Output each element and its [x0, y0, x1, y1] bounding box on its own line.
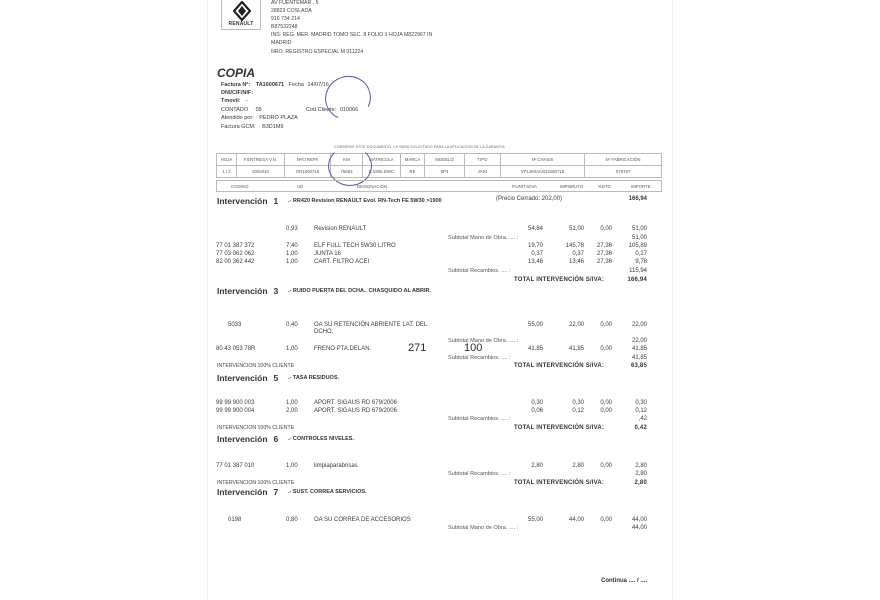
line-items-header: CODIGO UD DESIGNACIÓN P.UNIT.S/IVA IMP.B… — [216, 180, 662, 192]
item-dto: 0,00 — [582, 517, 612, 523]
total-value: 2,80 — [617, 480, 647, 486]
factura-number: TA1600671 — [256, 82, 284, 88]
item-designacion: JUNTA 16 — [314, 251, 341, 257]
item-importe: 105,89 — [617, 243, 647, 249]
fixed-price-note: (Precio Cerrado: 202,00) — [496, 196, 562, 202]
factura-label: Factura Nº: — [221, 82, 250, 88]
item-p-unit: 0,30 — [513, 400, 543, 406]
intervention-label: Intervención — [217, 373, 268, 383]
item-ud: 1,00 — [286, 346, 298, 352]
item-dto: 0,00 — [582, 400, 612, 406]
item-dto: 0,00 — [582, 463, 612, 469]
subtotal-labour-value: 22,00 — [617, 338, 647, 344]
header-cell: Nº/O REPA — [285, 154, 331, 166]
intervention-number: 1 — [274, 196, 279, 206]
value-cell: 1 / 3 — [217, 166, 237, 178]
item-importe: 9,78 — [617, 259, 647, 265]
subtotal-parts-value: 2,80 — [617, 471, 647, 477]
value-cell: OR1600716 — [285, 166, 331, 178]
item-ud: 7,40 — [286, 243, 298, 249]
col-imp-bruto: IMP.BRUTO — [560, 184, 583, 189]
intervention-description: .- TASA RESIDUOS. — [288, 375, 339, 381]
address-line: AV FUENTEMAR , 5 — [271, 0, 318, 7]
item-p-unit: 0,37 — [513, 251, 543, 257]
brand-name: RENAULT — [222, 21, 260, 27]
item-ud: 2,00 — [286, 408, 298, 414]
item-code: 77 01 387 372 — [216, 243, 254, 249]
header-cell: TIPO — [465, 154, 501, 166]
tmovil-value: - — [246, 98, 248, 104]
item-p-unit: 19,70 — [513, 243, 543, 249]
item-dto: 0,00 — [582, 322, 612, 328]
item-designacion-cont: DCHO. — [314, 329, 333, 335]
col-codigo: CODIGO — [231, 184, 248, 189]
item-designacion: APORT. SIGAUS RD 679/2006 — [314, 408, 397, 414]
subtotal-labour-label: Subtotal Mano de Obra. .... : — [448, 235, 518, 241]
factura-gcm-label: Factura GCM: — [221, 124, 256, 130]
item-code: 77 01 387 010 — [216, 463, 254, 469]
item-ud: 1,00 — [286, 463, 298, 469]
intervention-title: Intervención3 — [217, 286, 278, 296]
factura-gcm-value: B3D1M9 — [262, 124, 283, 130]
item-importe: 0,27 — [617, 251, 647, 257]
header-cell: Nº CHASIS — [501, 154, 585, 166]
item-importe: 44,00 — [617, 517, 647, 523]
subtotal-parts-label: Subtotal Recambios. .... : — [448, 416, 511, 422]
total-label: TOTAL INTERVENCIÓN S/IVA: — [514, 363, 604, 369]
item-p-unit: 55,00 — [513, 322, 543, 328]
header-cell: MODELO — [425, 154, 465, 166]
intervention-number: 7 — [274, 487, 279, 497]
intervention-label: Intervención — [217, 487, 268, 497]
total-label: TOTAL INTERVENCIÓN S/IVA: — [514, 480, 604, 486]
contado-label: CONTADO — [221, 107, 248, 113]
total-label: TOTAL INTERVENCIÓN S/IVA: — [514, 277, 604, 283]
total-label: TOTAL INTERVENCIÓN S/IVA: — [514, 425, 604, 431]
intervention-description: .- RUIDO PUERTA DEL DCHA.. CHASQUIDO AL … — [288, 288, 431, 294]
item-designacion: Revision RENAULT — [314, 226, 366, 232]
item-importe: 0,12 — [617, 408, 647, 414]
intervention-title: Intervención6 — [217, 434, 278, 444]
contado-value: 05 — [256, 107, 262, 113]
item-designacion: FRENO PTA.DELAN. — [314, 346, 371, 352]
total-value: 0,42 — [617, 425, 647, 431]
value-cell: 20/04/10 — [237, 166, 285, 178]
subtotal-labour-label: Subtotal Mano de Obra. .... : — [448, 525, 518, 531]
address-line: INS. REG. MER. MADRID TOMO SEC. 8 FOLIO … — [271, 31, 432, 39]
item-imp-bruto: 2,80 — [554, 463, 584, 469]
item-imp-bruto: 0,30 — [554, 400, 584, 406]
item-p-unit: 41,85 — [513, 346, 543, 352]
address-line: 28823 COSLADA — [271, 7, 312, 15]
value-cell: JA04 — [465, 166, 501, 178]
fecha-label: Fecha — [289, 82, 304, 88]
intervention-number: 5 — [274, 373, 279, 383]
renault-logo: RENAULT — [221, 0, 261, 30]
intervention-title: Intervención7 — [217, 487, 278, 497]
item-designacion: OA SU CORREA DE ACCESORIOS — [314, 517, 411, 523]
item-ud: 0,40 — [286, 322, 298, 328]
intervention-description: .- RR420 Revision RENAULT Evol. RN-Tech … — [288, 198, 442, 204]
value-cell: S76707 — [585, 166, 662, 178]
address-line: B87532248 — [271, 23, 298, 31]
item-code: 0198 — [228, 517, 241, 523]
item-imp-bruto: 0,12 — [554, 408, 584, 414]
intervention-label: Intervención — [217, 196, 268, 206]
address-line: MADRID — [271, 39, 291, 47]
item-importe: 41,85 — [617, 346, 647, 352]
intervention-title: Intervención1 — [217, 196, 278, 206]
subtotal-parts-label: Subtotal Recambios. .... : — [448, 268, 511, 274]
intervention-description: .- CONTROLES NIVELES. — [288, 436, 354, 442]
col-designacion: DESIGNACIÓN — [357, 184, 387, 189]
address-line: 916 734 214 — [271, 15, 300, 23]
item-imp-bruto: 22,00 — [554, 322, 584, 328]
intervention-title: Intervención5 — [217, 373, 278, 383]
pen-circle-annotation — [319, 69, 377, 126]
item-ud: 0,80 — [286, 517, 298, 523]
renault-diamond-icon — [233, 1, 251, 21]
item-p-unit: 55,00 — [513, 517, 543, 523]
value-cell: VF1JK0ACB43260718 — [501, 166, 585, 178]
continua-footer: Continua .... / .... — [601, 578, 647, 584]
invoice-page: RENAULT AV FUENTEMAR , 5 28823 COSLADA 9… — [207, 0, 673, 600]
item-ud: 1,00 — [286, 251, 298, 257]
col-p-unit: P.UNIT.S/IVA — [512, 184, 537, 189]
item-designacion: OA SU RETENCIÓN ABRIENTE LAT. DEL — [314, 322, 427, 328]
header-cell: Nº FABRICACIÓN — [585, 154, 662, 166]
intervention-description: .- SUST. CORREA SERVICIOS. — [288, 489, 367, 495]
address-line: NRO. REGISTRO ESPECIAL M 011224 — [271, 48, 363, 56]
header-cell: F.ENTREGA V.N. — [237, 154, 285, 166]
item-designacion: CART. FILTRO ACEI — [314, 259, 369, 265]
item-importe: 22,00 — [617, 322, 647, 328]
col-ud: UD — [297, 184, 303, 189]
item-ud: 1,00 — [286, 259, 298, 265]
total-value: 63,85 — [617, 363, 647, 369]
item-p-unit: 2,80 — [513, 463, 543, 469]
client-note: INTERVENCION 100% CLIENTE — [217, 425, 294, 431]
subtotal-parts-value: ,42 — [617, 416, 647, 422]
item-code: 99 99 900 003 — [216, 400, 254, 406]
item-imp-bruto: 51,00 — [554, 226, 584, 232]
dni-label: DNI/CIF/NIF: — [221, 90, 253, 96]
header-cell: MARCA — [401, 154, 425, 166]
item-code: 80 43 053 78R — [216, 346, 255, 352]
tmovil-label: Tmovil: — [221, 98, 241, 104]
vehicle-table-values: 1 / 3 20/04/10 OR1600716 76693 E 5305 DW… — [217, 166, 662, 178]
item-ud: 1,00 — [286, 400, 298, 406]
item-p-unit: 54,84 — [513, 226, 543, 232]
intervention-header-amount: 166,94 — [617, 196, 647, 202]
item-dto: 0,00 — [582, 408, 612, 414]
item-importe: 2,80 — [617, 463, 647, 469]
subtotal-labour-value: 51,00 — [617, 235, 647, 241]
subtotal-parts-value: 41,85 — [617, 355, 647, 361]
item-p-unit: 13,46 — [513, 259, 543, 265]
item-dto: 0,00 — [582, 346, 612, 352]
subtotal-labour-value: 44,00 — [617, 525, 647, 531]
item-importe: 0,30 — [617, 400, 647, 406]
intervention-label: Intervención — [217, 434, 268, 444]
item-dto: 0,00 — [582, 226, 612, 232]
copy-label: COPIA — [217, 66, 255, 80]
fecha-value: 14/07/16 — [307, 82, 328, 88]
value-cell: RE — [401, 166, 425, 178]
col-dto: %DTO — [598, 184, 611, 189]
overlay-number: 100 — [464, 342, 482, 354]
item-designacion: APORT. SIGAUS RD 679/2006 — [314, 400, 397, 406]
atendido-label: Atendido por: — [221, 115, 254, 121]
intervention-number: 6 — [274, 434, 279, 444]
item-ud: 0,93 — [286, 226, 298, 232]
intervention-label: Intervención — [217, 286, 268, 296]
item-imp-bruto: 44,00 — [554, 517, 584, 523]
item-importe: 51,00 — [617, 226, 647, 232]
item-imp-bruto: 145,78 — [554, 243, 584, 249]
item-code: 77 03 062 062 — [216, 251, 254, 257]
item-code: 99 99 900 004 — [216, 408, 254, 414]
item-imp-bruto: 41,85 — [554, 346, 584, 352]
item-dto: 27,36 — [582, 251, 612, 257]
item-dto: 27,36 — [582, 243, 612, 249]
intervention-number: 3 — [274, 286, 279, 296]
subtotal-parts-value: 115,94 — [617, 268, 647, 274]
item-code: 82 00 362 442 — [216, 259, 254, 265]
overlay-number: 271 — [408, 342, 426, 354]
item-dto: 27,36 — [582, 259, 612, 265]
client-note: INTERVENCION 100% CLIENTE — [217, 363, 294, 369]
subtotal-parts-label: Subtotal Recambios. .... : — [448, 355, 511, 361]
vehicle-table: HOJA F.ENTREGA V.N. Nº/O REPA KM MATRICU… — [216, 153, 662, 178]
item-imp-bruto: 0,37 — [554, 251, 584, 257]
subtotal-parts-label: Subtotal Recambios. .... : — [448, 471, 511, 477]
col-importe: IMPORTE — [631, 184, 651, 189]
header-cell: HOJA — [217, 154, 237, 166]
item-designacion: limpiaparabrisas — [314, 463, 358, 469]
total-value: 166,94 — [617, 277, 647, 283]
client-note: INTERVENCION 100% CLIENTE — [217, 480, 294, 486]
item-p-unit: 0,06 — [513, 408, 543, 414]
item-imp-bruto: 13,46 — [554, 259, 584, 265]
subtotal-labour-label: Subtotal Mano de Obra. .... : — [448, 338, 518, 344]
vehicle-table-header: HOJA F.ENTREGA V.N. Nº/O REPA KM MATRICU… — [217, 154, 662, 166]
item-designacion: ELF FULL TECH 5W30 LITRO — [314, 243, 396, 249]
atendido-value: PEDRO PLAZA — [259, 115, 298, 121]
item-code: 5033 — [228, 322, 241, 328]
value-cell: SP4 — [425, 166, 465, 178]
